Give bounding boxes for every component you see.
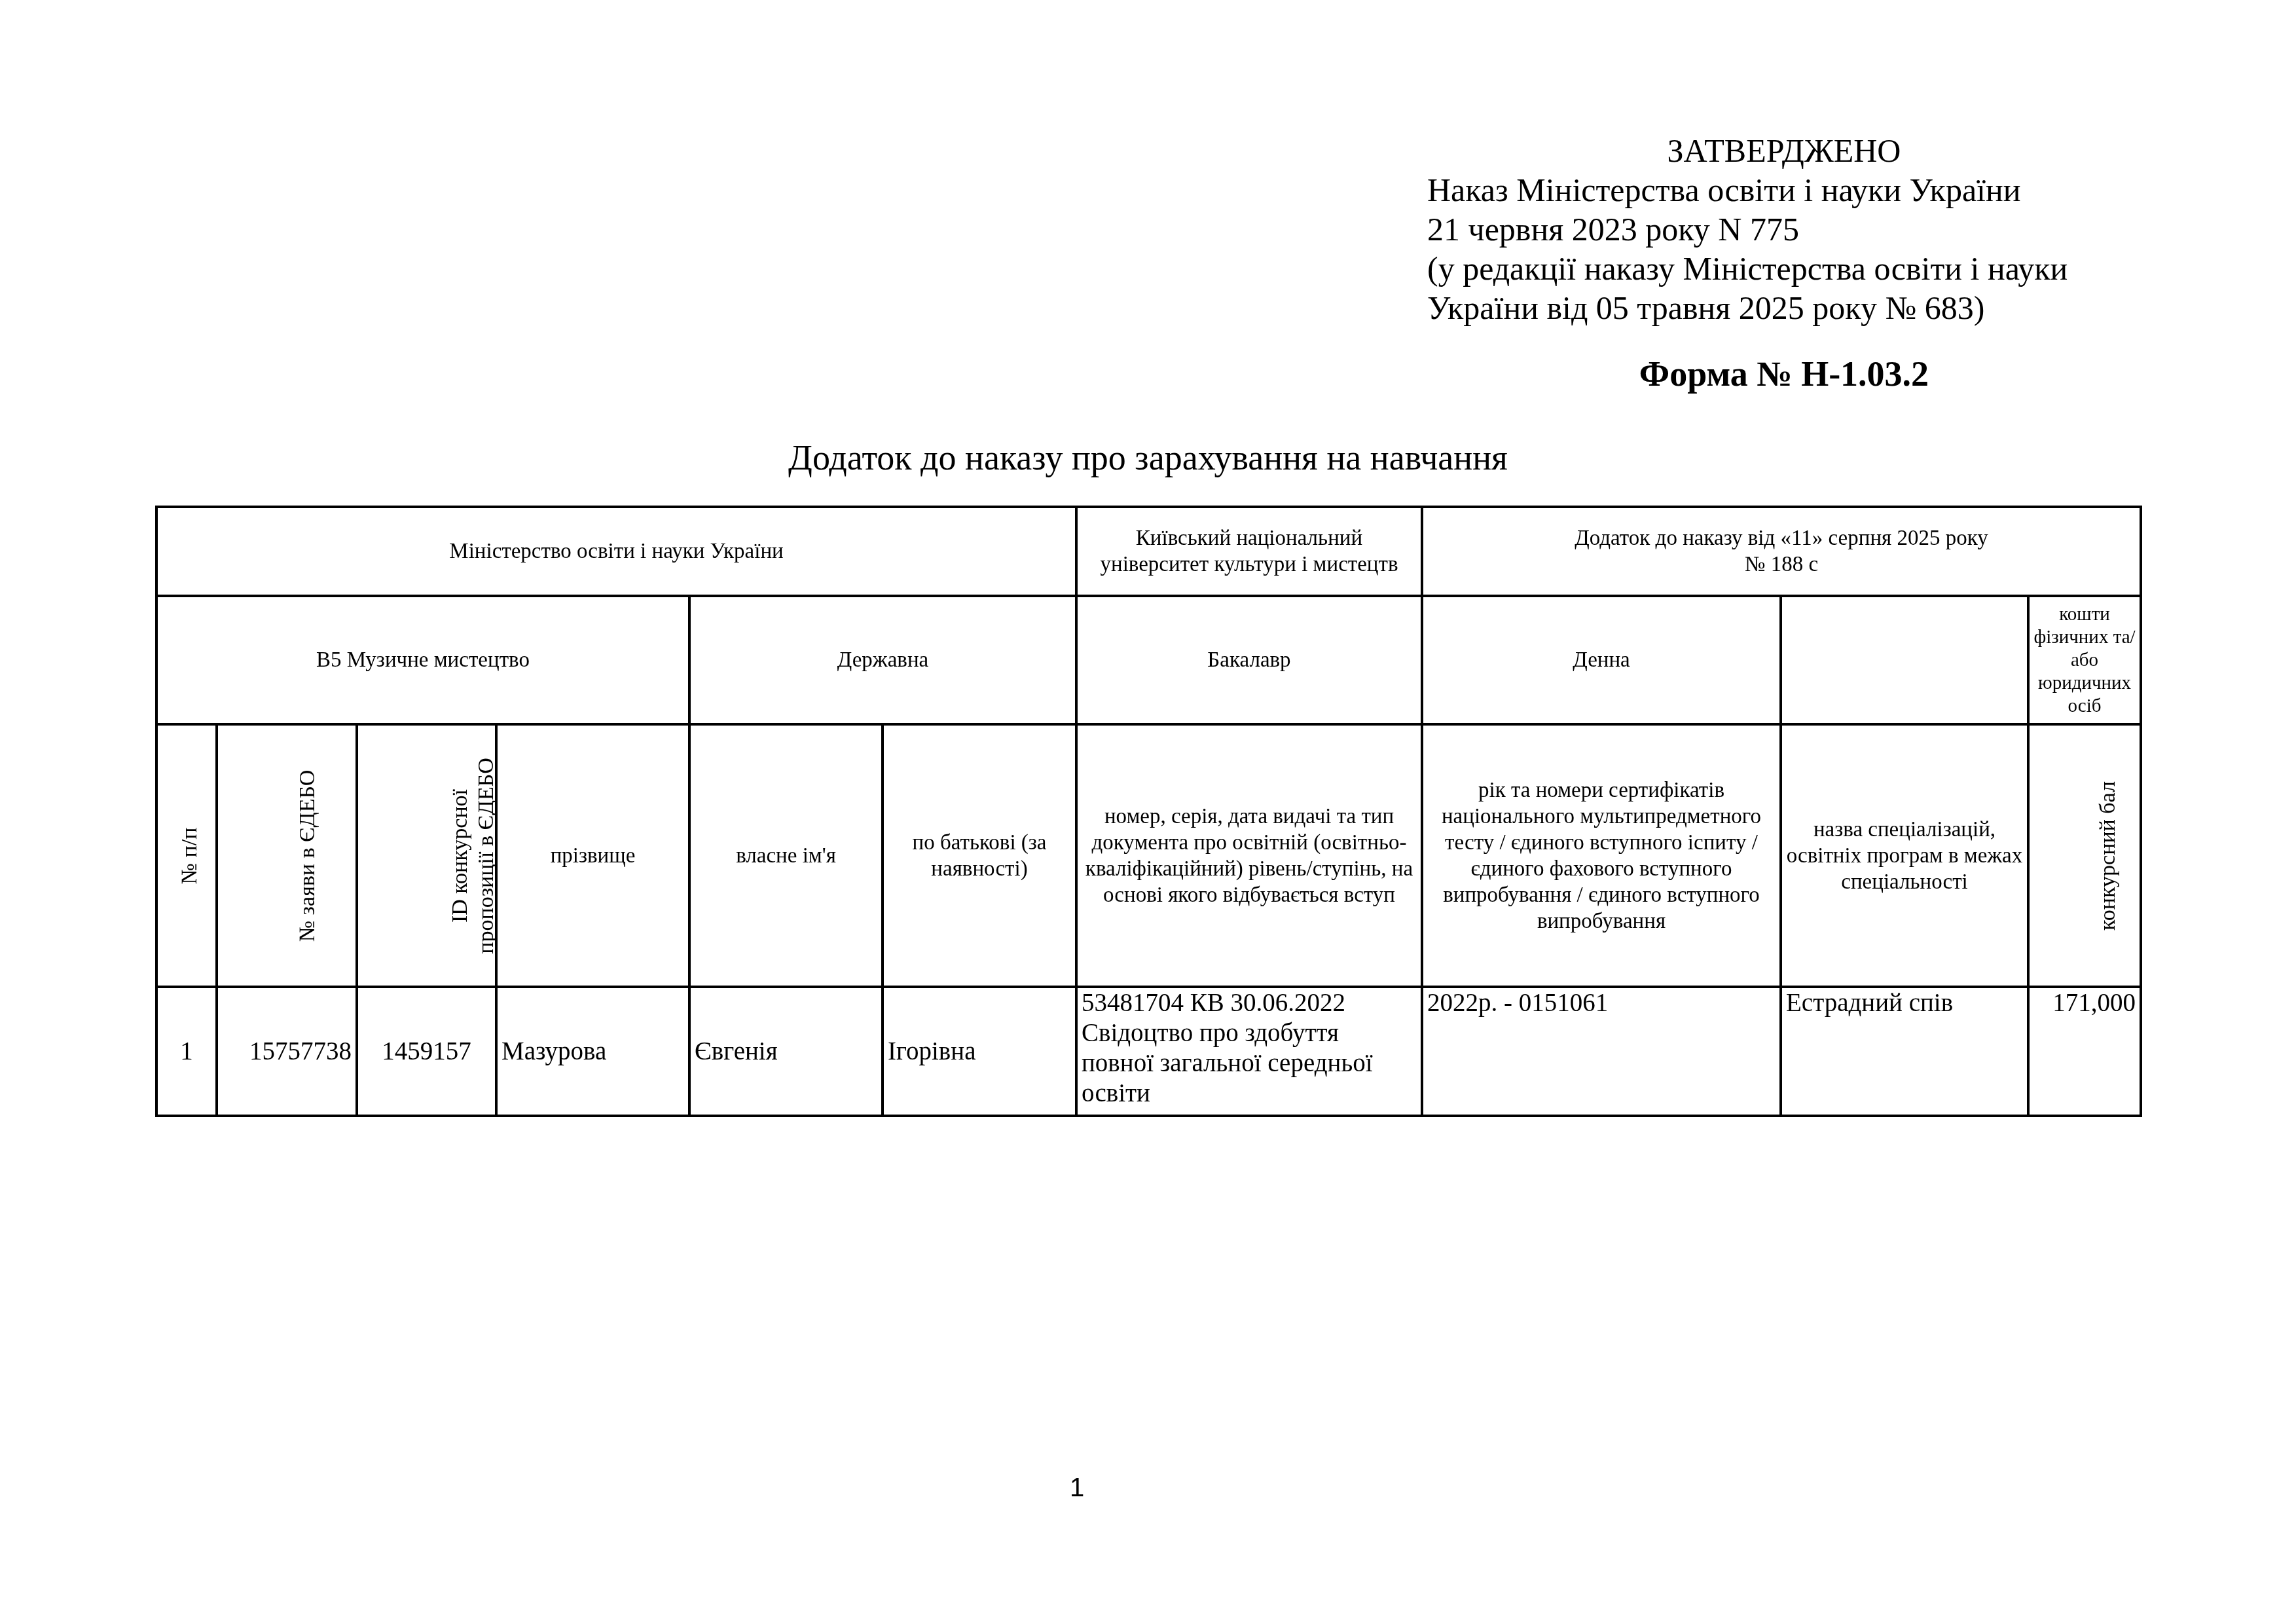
table-row: 1 15757738 1459157 Мазурова Євгенія Ігор… (156, 987, 2141, 1116)
header-num-label: № п/п (177, 827, 203, 884)
order-number: № 188 с (1427, 551, 2136, 578)
cell-certificates: 2022р. - 0151061 (1422, 987, 1781, 1116)
university-cell: Київський національний університет культ… (1076, 507, 1422, 596)
approval-block: ЗАТВЕРДЖЕНО Наказ Міністерства освіти і … (1427, 131, 2180, 327)
header-first-name: власне ім'я (689, 724, 883, 987)
cell-patronymic: Ігорівна (883, 987, 1076, 1116)
cell-score: 171,000 (2028, 987, 2141, 1116)
form-number: Форма № Н-1.03.2 (1427, 354, 2141, 394)
enrollment-table: Міністерство освіти і науки України Київ… (155, 506, 2142, 1117)
header-document: номер, серія, дата видачі та тип докумен… (1076, 724, 1422, 987)
header-offer-id: ID конкурсної пропозиції в ЄДЕБО (357, 724, 496, 987)
header-num: № п/п (156, 724, 217, 987)
order-cell: Додаток до наказу від «11» серпня 2025 р… (1422, 507, 2141, 596)
study-form-cell: Денна (1422, 596, 1781, 724)
empty-cell (1781, 596, 2028, 724)
approval-line: (у редакції наказу Міністерства освіти і… (1427, 249, 2180, 288)
document-title: Додаток до наказу про зарахування на нав… (0, 437, 2296, 478)
header-offer-label: ID конкурсної пропозиції в ЄДЕБО (447, 745, 496, 967)
cell-first-name: Євгенія (689, 987, 883, 1116)
approval-line: Наказ Міністерства освіти і науки Україн… (1427, 170, 2180, 210)
ministry-cell: Міністерство освіти і науки України (156, 507, 1076, 596)
header-specialization: назва спеціалізацій, освітніх програм в … (1781, 724, 2028, 987)
header-certificates: рік та номери сертифікатів національного… (1422, 724, 1781, 987)
header-score: конкурсний бал (2028, 724, 2141, 987)
cell-offer-id: 1459157 (357, 987, 496, 1116)
cell-surname: Мазурова (496, 987, 689, 1116)
header-patronymic: по батькові (за наявності) (883, 724, 1076, 987)
order-date: Додаток до наказу від «11» серпня 2025 р… (1427, 525, 2136, 551)
header-surname: прізвище (496, 724, 689, 987)
cell-application-no: 15757738 (217, 987, 357, 1116)
cell-specialization: Естрадний спів (1781, 987, 2028, 1116)
cell-document: 53481704 КВ 30.06.2022 Свідоцтво про здо… (1076, 987, 1422, 1116)
specialty-cell: В5 Музичне мистецтво (156, 596, 689, 724)
header-score-label: конкурсний бал (2095, 781, 2121, 931)
cell-num: 1 (156, 987, 217, 1116)
funding-source-cell: кошти фізичних та/або юридичних осіб (2028, 596, 2141, 724)
header-application-label: № заяви в ЄДЕБО (295, 769, 321, 942)
header-application-no: № заяви в ЄДЕБО (217, 724, 357, 987)
approval-line: України від 05 травня 2025 року № 683) (1427, 288, 2180, 327)
degree-cell: Бакалавр (1076, 596, 1422, 724)
funding-cell: Державна (689, 596, 1076, 724)
approval-heading: ЗАТВЕРДЖЕНО (1427, 131, 2141, 170)
page-number: 1 (0, 1473, 2154, 1503)
approval-line: 21 червня 2023 року N 775 (1427, 210, 2180, 249)
